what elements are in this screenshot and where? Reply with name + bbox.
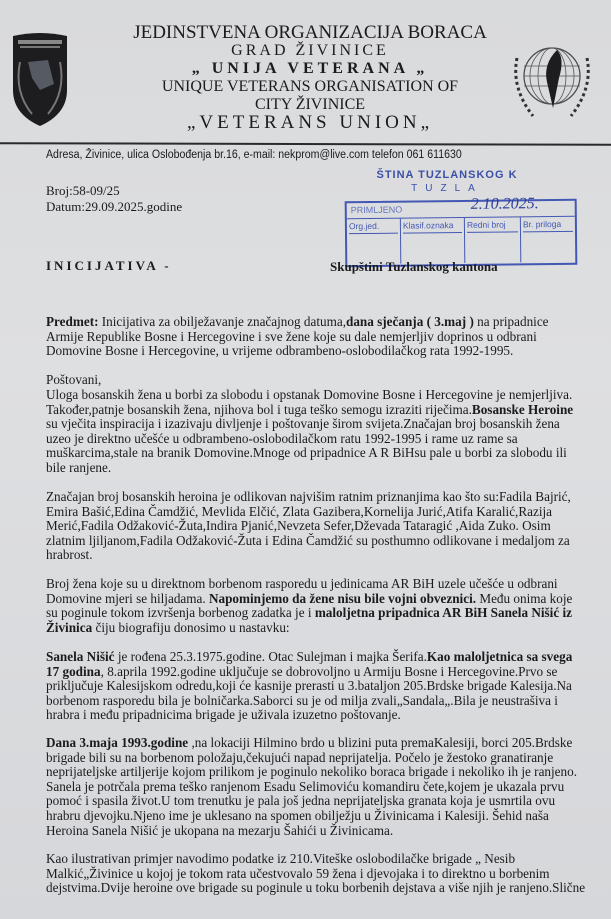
- organization-name: JEDINSTVENA ORGANIZACIJA BORACA GRAD ŽIV…: [100, 24, 520, 132]
- stamp-col-org: Org.jed.: [347, 219, 401, 265]
- org-line-1: JEDINSTVENA ORGANIZACIJA BORACA: [100, 24, 520, 42]
- paragraph-5: Dana 3.maja 1993.godine ,na lokaciji Hil…: [46, 736, 586, 838]
- stamp-institution: ŠTINA TUZLANSKOG K: [362, 168, 532, 182]
- paragraph-4: Sanela Nišić je rođena 25.3.1975.godine.…: [46, 650, 586, 723]
- stamp-received-label: PRIMLJENO: [351, 205, 403, 216]
- reference-block: Broj:58-09/25 Datum:29.09.2025.godine: [46, 183, 182, 215]
- header-divider: [0, 142, 611, 146]
- stamp-col-redni: Redni broj: [465, 217, 521, 263]
- reference-number: Broj:58-09/25: [46, 183, 182, 199]
- document-page: JEDINSTVENA ORGANIZACIJA BORACA GRAD ŽIV…: [0, 0, 611, 919]
- stamp-col-klasif: Klasif.oznaka: [401, 218, 465, 264]
- address-line: Adresa, Živinice, ulica Oslobođenja br.1…: [46, 149, 462, 161]
- stamp-city: TUZLA: [362, 182, 532, 196]
- globe-laurel-icon: [507, 38, 597, 123]
- stamp-received-date: 2.10.2025.: [471, 195, 539, 214]
- paragraph-6: Kao ilustrativan primjer navodimo podatk…: [46, 852, 586, 896]
- stamp-header: ŠTINA TUZLANSKOG K TUZLA: [362, 168, 532, 196]
- subject-paragraph: Predmet: Inicijativa za obilježavanje zn…: [46, 315, 586, 359]
- document-date: Datum:29.09.2025.godine: [46, 199, 182, 215]
- paragraph-2: Značajan broj bosanskih heroina je odlik…: [46, 490, 586, 563]
- stamp-col-prilog: Br. priloga: [521, 217, 575, 263]
- paragraph-1: Uloga bosanskih žena u borbi za slobodu …: [46, 388, 586, 476]
- recipient: Skupštini Tuzlanskog kantona: [330, 259, 498, 275]
- greeting: Poštovani,: [46, 373, 586, 388]
- org-line-4: UNIQUE VETERANS ORGANISATION OF: [100, 78, 520, 96]
- paragraph-3: Broj žena koje su u direktnom borbenom r…: [46, 577, 586, 635]
- org-line-2: GRAD ŽIVINICE: [100, 42, 520, 60]
- veterans-union-shield-icon: [10, 32, 70, 127]
- received-stamp: PRIMLJENO 2.10.2025. Org.jed. Klasif.ozn…: [345, 199, 578, 267]
- letterhead: JEDINSTVENA ORGANIZACIJA BORACA GRAD ŽIV…: [0, 0, 611, 140]
- org-line-6: „VETERANS UNION„: [100, 114, 520, 132]
- document-title: INICIJATIVA -: [46, 258, 172, 274]
- org-line-3: „ UNIJA VETERANA „: [100, 60, 520, 78]
